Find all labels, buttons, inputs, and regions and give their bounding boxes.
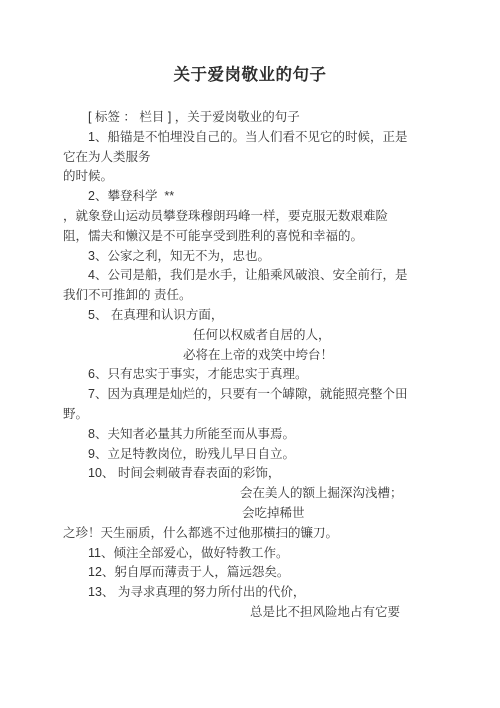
document-page: 关于爱岗敬业的句子 [ 标签 ： 栏目 ] ，关于爱岗敬业的句子1、船锚是不怕埋… [0, 0, 500, 708]
text-line: 野。 [0, 405, 500, 425]
text-line: 13、 为寻求真理的努力所付出的代价， [0, 583, 500, 603]
text-line: 3、公家之利，知无不为，忠也。 [0, 247, 500, 267]
text-line: 的时候。 [0, 167, 500, 187]
text-line: 阻，懦夫和懒汉是不可能享受到胜利的喜悦和幸福的。 [0, 227, 500, 247]
text-line: 总是比不担风险地占有它要 [0, 603, 500, 623]
text-line: 5、 在真理和认识方面， [0, 306, 500, 326]
text-line: 8、夫知者必量其力所能至而从事焉。 [0, 425, 500, 445]
text-line: 12、躬自厚而薄责于人，篇远怨矣。 [0, 563, 500, 583]
text-line: [ 标签 ： 栏目 ] ，关于爱岗敬业的句子 [0, 108, 500, 128]
page-title: 关于爱岗敬业的句子 [0, 61, 500, 85]
text-line: 之珍！天生丽质，什么都逃不过他那横扫的镰刀。 [0, 524, 500, 544]
text-line: 会在美人的额上掘深沟浅槽； [0, 484, 500, 504]
text-line: 必将在上帝的戏笑中垮台！ [0, 346, 500, 366]
text-line: 它在为人类服务 [0, 148, 500, 168]
text-line: 10、 时间会刺破青春表面的彩饰， [0, 464, 500, 484]
text-line: 2、攀登科学 ** [0, 187, 500, 207]
text-line: ，就象登山运动员攀登珠穆朗玛峰一样，要克服无数艰难险 [0, 207, 500, 227]
document-body: [ 标签 ： 栏目 ] ，关于爱岗敬业的句子1、船锚是不怕埋没自己的。当人们看不… [0, 108, 500, 623]
text-line: 我们不可推卸的 责任。 [0, 286, 500, 306]
text-line: 1、船锚是不怕埋没自己的。当人们看不见它的时候，正是 [0, 128, 500, 148]
text-line: 会吃掉稀世 [0, 504, 500, 524]
text-line: 7、因为真理是灿烂的，只要有一个罅隙，就能照亮整个田 [0, 385, 500, 405]
text-line: 6、只有忠实于事实，才能忠实于真理。 [0, 365, 500, 385]
text-line: 9、立足特教岗位，盼残儿早日自立。 [0, 445, 500, 465]
text-line: 11、倾注全部爱心，做好特教工作。 [0, 544, 500, 564]
text-line: 任何以权威者自居的人， [0, 326, 500, 346]
text-line: 4、公司是船，我们是水手，让船乘风破浪、安全前行，是 [0, 266, 500, 286]
